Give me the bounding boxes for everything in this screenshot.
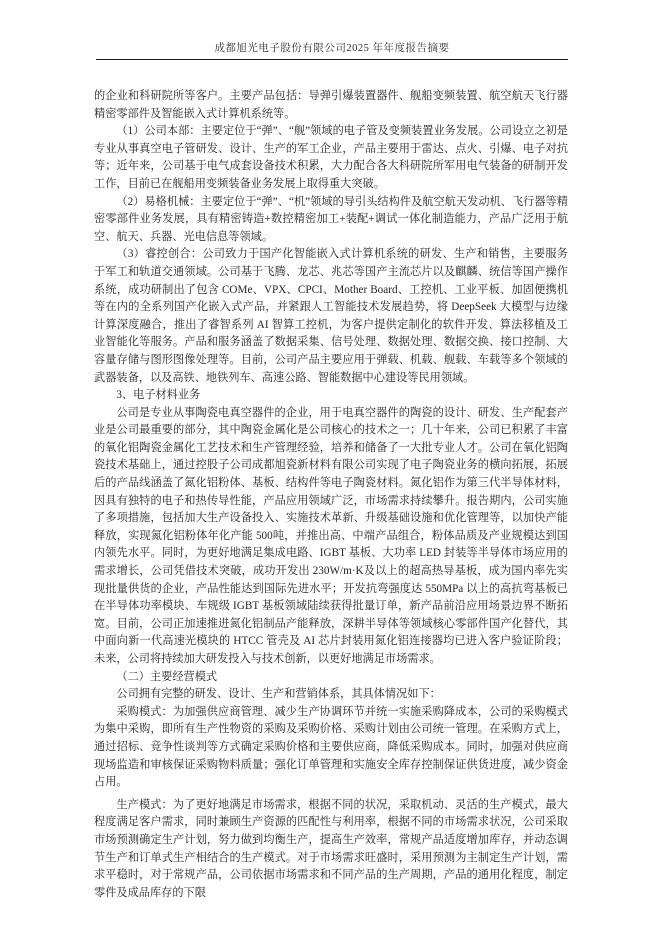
report-header-title: 成都旭光电子股份有限公司2025 年年度报告摘要	[96, 40, 568, 55]
paragraph-ruikong-chuanghe: （3）睿控创合：公司致力于国产化智能嵌入式计算机系统的研发、生产和销售，主要服务…	[94, 246, 568, 387]
paragraph-yige-machinery: （2）易格机械：主要定位于“弹”、“机”领域的导引头结构件及航空航天发动机、飞行…	[94, 194, 568, 247]
report-body: 的企业和科研院所等客户。主要产品包括：导弹引爆装置器件、舰船变频装置、航空航天飞…	[94, 88, 568, 902]
paragraph-procurement-model: 采购模式：为加强供应商管理、减少生产协调环节并统一实施采购降成本，公司的采购模式…	[94, 704, 568, 792]
paragraph-company-hq: （1）公司本部：主要定位于“弹”、“舰”领域的电子管及变频装置业务发展。公司设立…	[94, 123, 568, 193]
section-heading-operating-model: （二）主要经营模式	[94, 669, 568, 687]
paragraph-ceramic-business: 公司是专业从事陶瓷电真空器件的企业，用于电真空器件的陶瓷的设计、研发、生产配套产…	[94, 405, 568, 669]
paragraph-production-model: 生产模式：为了更好地满足市场需求，根据不同的状况，采取机动、灵活的生产模式，最大…	[94, 797, 568, 903]
section-heading-electronic-materials: 3、电子材料业务	[94, 387, 568, 405]
document-page: 成都旭光电子股份有限公司2025 年年度报告摘要 的企业和科研院所等客户。主要产…	[0, 0, 662, 936]
paragraph-continuation: 的企业和科研院所等客户。主要产品包括：导弹引爆装置器件、舰船变频装置、航空航天飞…	[94, 88, 568, 123]
paragraph-system-overview: 公司拥有完整的研发、设计、生产和营销体系，其具体情况如下：	[94, 686, 568, 704]
header-divider	[96, 59, 568, 60]
